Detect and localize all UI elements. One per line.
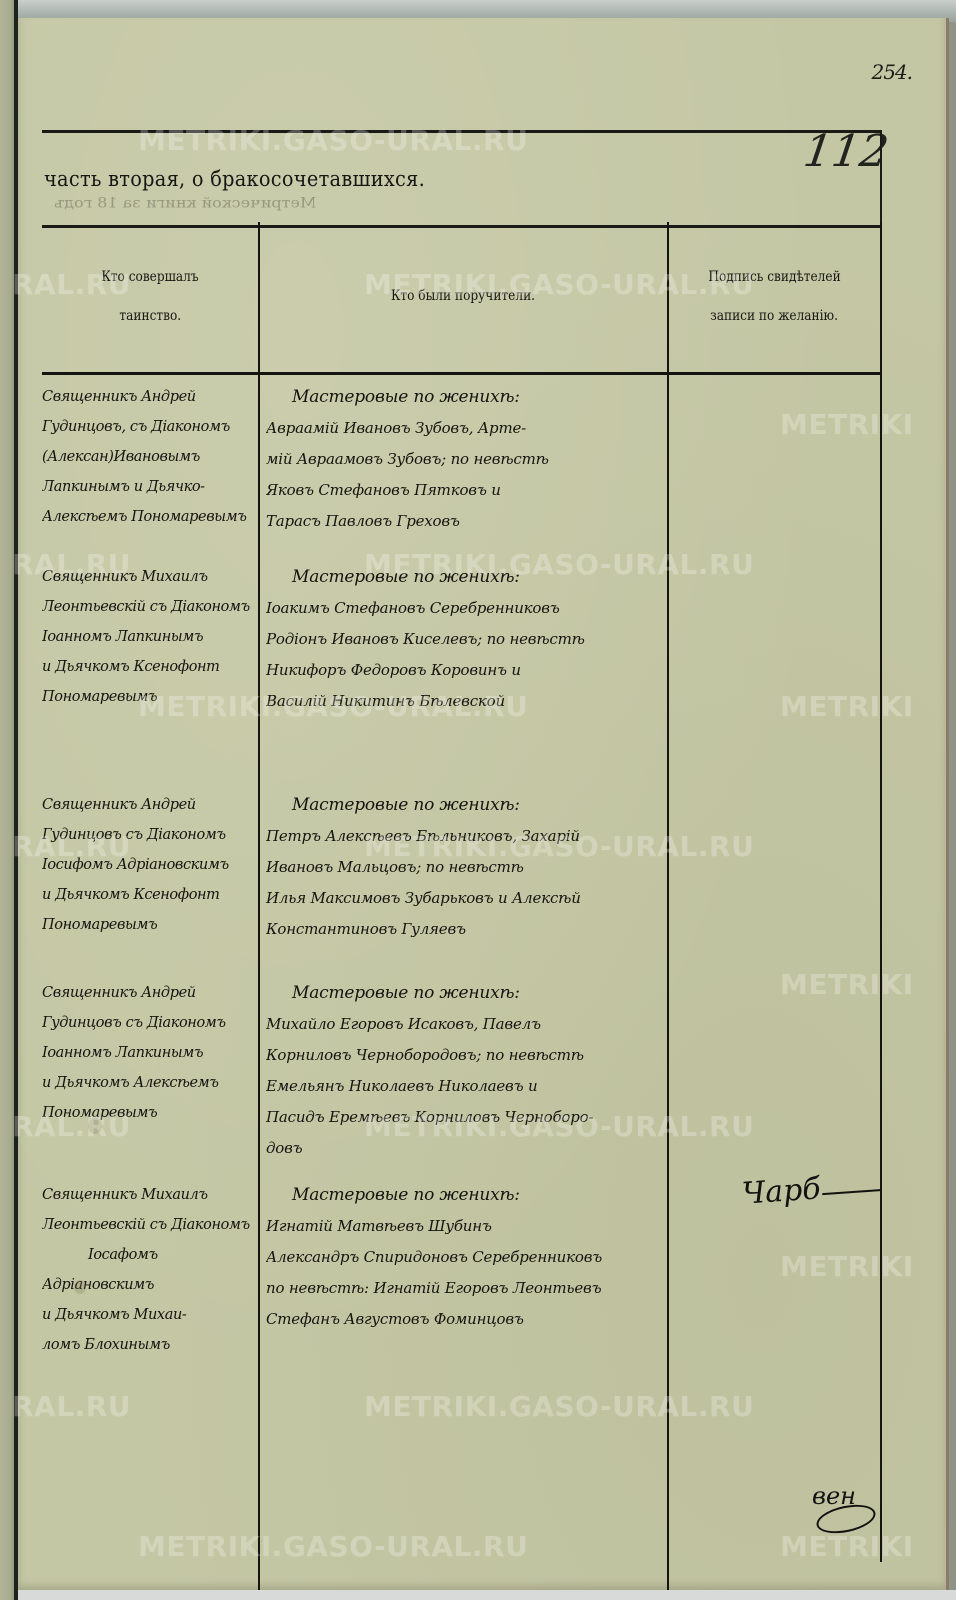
scan-bottom-edge (18, 1590, 956, 1600)
column-divider (258, 222, 260, 1600)
officiant-cell: Священникъ Михаилъ Леонтьевскій съ Діако… (42, 562, 256, 712)
column-header-officiant: Кто совершалъ таинство. (42, 222, 258, 372)
sponsors-cell: Мастеровые по женихѣ: Игнатій Матвѣевъ Ш… (266, 1180, 666, 1335)
bleed-through-text: Метрической книги за 18 годъ (54, 194, 316, 211)
page-number: 254. (871, 60, 912, 84)
header-rule (42, 372, 882, 375)
column-divider (667, 222, 669, 1600)
sponsors-cell: Мастеровые по женихѣ: Іоакимъ Стефановъ … (266, 562, 666, 717)
column-divider (880, 222, 882, 1562)
sponsors-cell: Мастеровые по женихѣ: Петръ Алексѣевъ Бѣ… (266, 790, 666, 945)
officiant-cell: Священникъ Михаилъ Леонтьевскій съ Діако… (42, 1180, 256, 1360)
officiant-cell: Священникъ Андрей Гудинцовъ съ Діакономъ… (42, 978, 256, 1128)
sponsors-cell: Мастеровые по женихѣ: Авраамій Ивановъ З… (266, 382, 666, 537)
officiant-cell: Священникъ Андрей Гудинцовъ съ Діакономъ… (42, 790, 256, 940)
footer-signature: вен (812, 1482, 856, 1510)
officiant-cell: Священникъ Андрей Гудинцовъ, съ Діаконом… (42, 382, 256, 532)
section-title: часть вторая, о бракосочетавшихся. (44, 167, 425, 191)
register-page: 254. 112 часть вторая, о бракосочетавших… (18, 18, 949, 1592)
register-table: Кто совершалъ таинство. Кто были поручит… (42, 222, 882, 1598)
witness-signature: Чарб (741, 1171, 822, 1211)
ink-blot (88, 1118, 102, 1134)
ink-blot (74, 1280, 86, 1294)
sponsors-cell: Мастеровые по женихѣ: Михайло Егоровъ Ис… (266, 978, 666, 1164)
column-header-witness-signatures: Подпись свидѣтелей записи по желанію. (669, 222, 880, 372)
column-header-sponsors: Кто были поручители. (260, 222, 667, 372)
section-header-box: часть вторая, о бракосочетавшихся. Метри… (42, 130, 882, 228)
